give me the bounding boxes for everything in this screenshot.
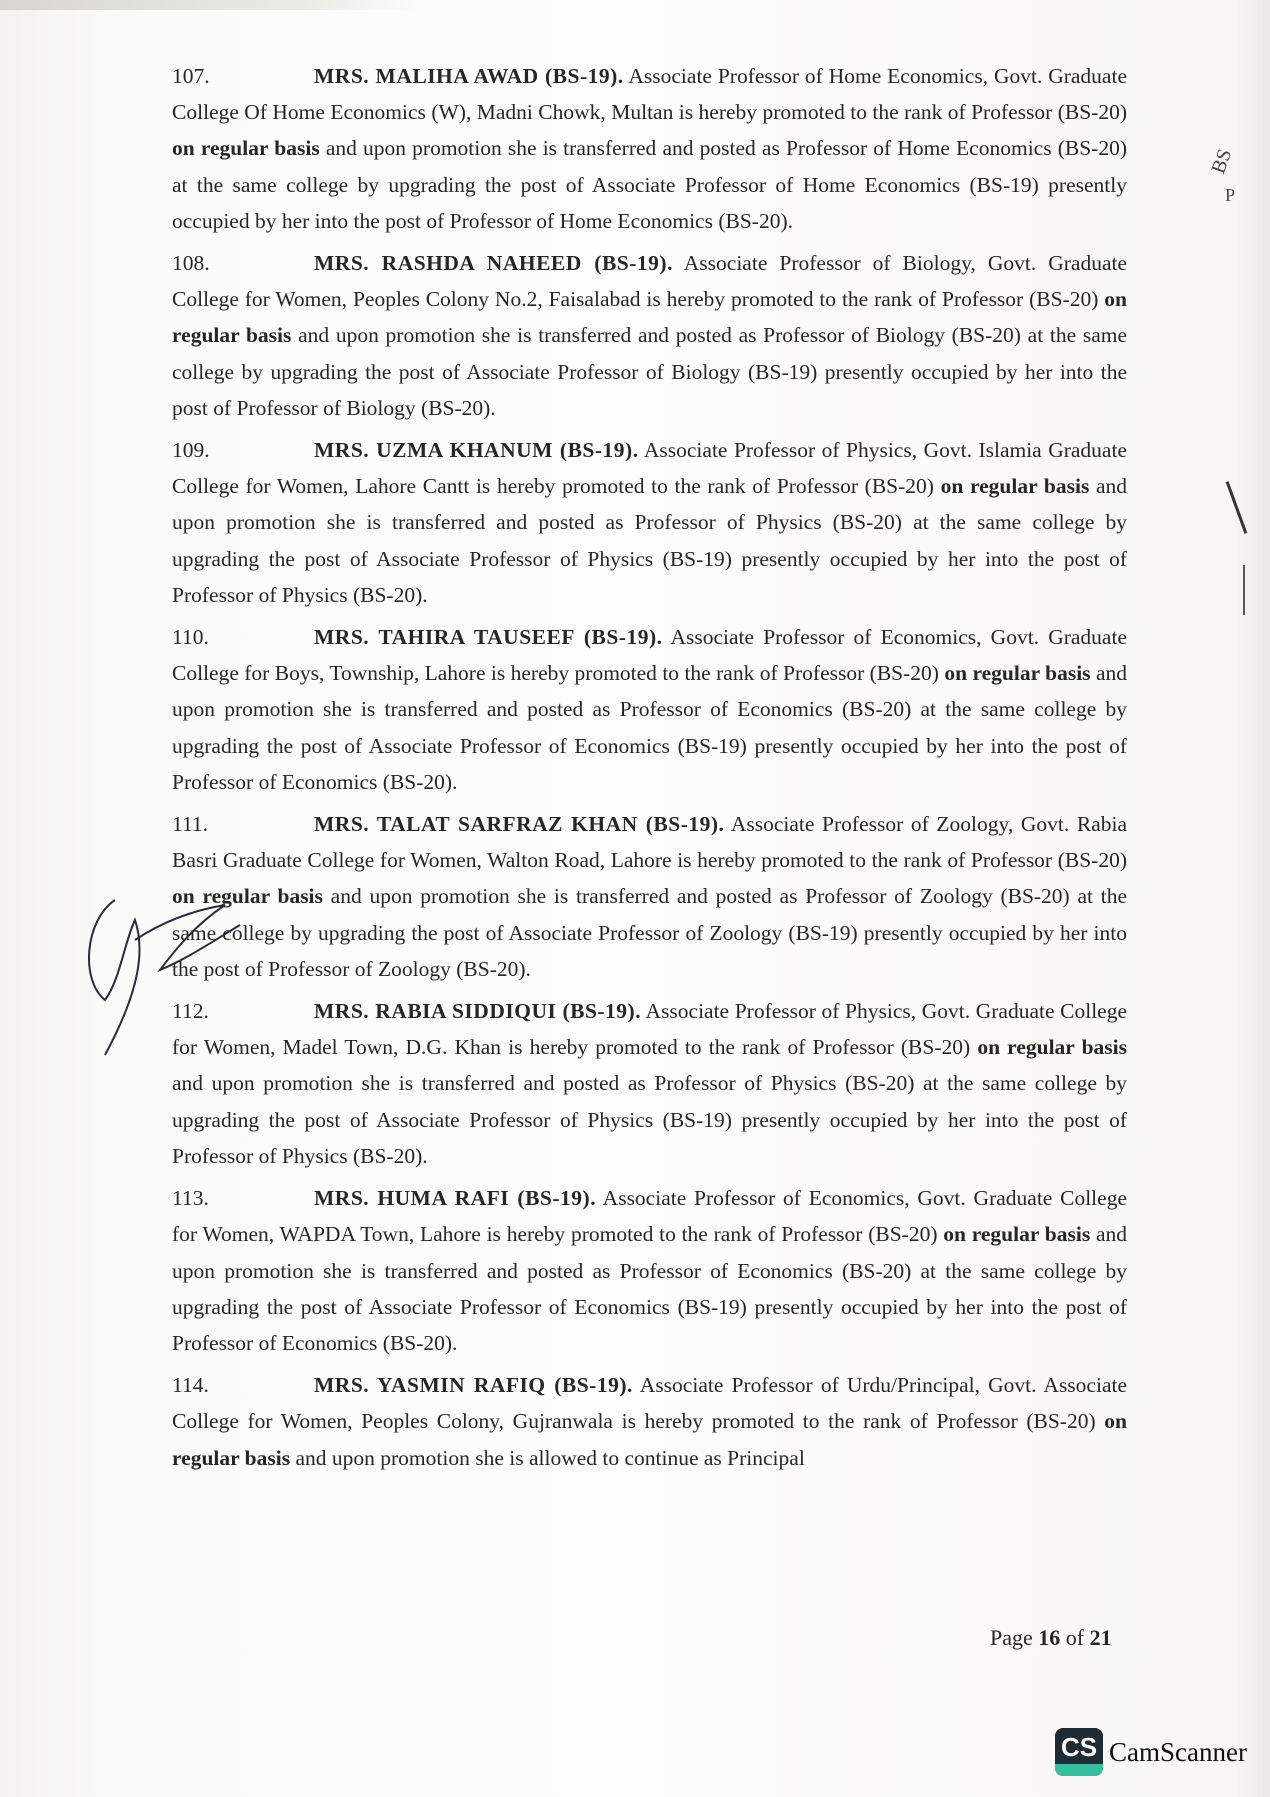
scanned-page: 107.MRS. MALIHA AWAD (BS-19). Associate … [0, 0, 1270, 1797]
entry-name: MRS. RABIA SIDDIQUI (BS-19). [314, 999, 641, 1023]
entry-name: MRS. YASMIN RAFIQ (BS-19). [314, 1373, 633, 1397]
entry-name: MRS. RASHDA NAHEED (BS-19). [314, 251, 673, 275]
camscanner-logo-icon: CS [1055, 1728, 1103, 1776]
margin-handwriting: BS [1207, 146, 1237, 177]
document-body: 107.MRS. MALIHA AWAD (BS-19). Associate … [172, 58, 1127, 1482]
margin-handwriting: P [1225, 185, 1235, 206]
entry-114: 114.MRS. YASMIN RAFIQ (BS-19). Associate… [172, 1367, 1127, 1476]
scan-edge-shadow [0, 0, 420, 10]
entry-110: 110.MRS. TAHIRA TAUSEEF (BS-19). Associa… [172, 619, 1127, 800]
scan-edge-shadow-right [1235, 0, 1270, 1797]
entry-name: MRS. TAHIRA TAUSEEF (BS-19). [314, 625, 662, 649]
entry-name: MRS. MALIHA AWAD (BS-19). [314, 64, 624, 88]
entry-113: 113.MRS. HUMA RAFI (BS-19). Associate Pr… [172, 1180, 1127, 1361]
entry-108: 108.MRS. RASHDA NAHEED (BS-19). Associat… [172, 245, 1127, 426]
entry-112: 112.MRS. RABIA SIDDIQUI (BS-19). Associa… [172, 993, 1127, 1174]
entry-name: MRS. UZMA KHANUM (BS-19). [314, 438, 639, 462]
margin-pen-mark [1243, 565, 1245, 615]
camscanner-watermark: CS CamScanner [1055, 1728, 1247, 1776]
entry-111: 111.MRS. TALAT SARFRAZ KHAN (BS-19). Ass… [172, 806, 1127, 987]
handwritten-signature [75, 880, 245, 1060]
camscanner-brand: CamScanner [1109, 1737, 1247, 1768]
page-number: Page 16 of 21 [990, 1625, 1112, 1651]
entry-109: 109.MRS. UZMA KHANUM (BS-19). Associate … [172, 432, 1127, 613]
entry-name: MRS. HUMA RAFI (BS-19). [314, 1186, 596, 1210]
entry-name: MRS. TALAT SARFRAZ KHAN (BS-19). [314, 812, 724, 836]
entry-107: 107.MRS. MALIHA AWAD (BS-19). Associate … [172, 58, 1127, 239]
